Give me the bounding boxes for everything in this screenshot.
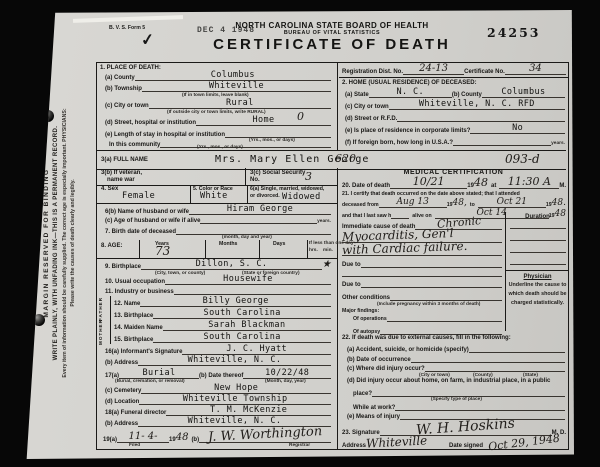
death-at-label: at [491, 183, 496, 189]
age-divider-3 [259, 240, 260, 258]
full-name-label: 3(a) FULL NAME [101, 157, 148, 163]
board-title: NORTH CAROLINA STATE BOARD OF HEALTH [182, 21, 482, 30]
father-birthplace-value: South Carolina [204, 308, 281, 318]
street-handwritten-zero: 0 [297, 110, 304, 123]
death-year-value: 48 [474, 176, 488, 189]
length-of-stay-label: (e) Length of stay in hospital or instit… [105, 132, 225, 138]
scan-edge-highlight [73, 15, 183, 23]
father-birthplace-label: 13. Birthplace [114, 313, 153, 319]
right-column: Registration Dist. No. 24-13 Certificate… [339, 63, 568, 449]
injury-home-farm-label: (d) Did injury occur about home, on farm… [347, 378, 550, 384]
death-m-label: M. [559, 183, 566, 189]
filed-date-handwritten: 11- 4- [129, 431, 158, 442]
margin-note-line2: Please write the causes of death clearly… [70, 42, 78, 444]
age-row: 8. AGE: Years 73 Months Days If less tha… [97, 240, 337, 259]
husband-name-value: Hiram George [227, 204, 293, 214]
industry-label: 11. Industry or business [105, 289, 174, 295]
funeral-director-value: T. M. McKenzie [210, 405, 287, 415]
age-min-label: min. [323, 248, 333, 253]
street-hospital-label: (d) Street, hospital or institution [105, 120, 196, 126]
duration-line-2 [510, 240, 566, 241]
certificate-serial-number: 24253 [487, 25, 541, 40]
cemetery-label: (c) Cemetery [105, 388, 141, 394]
county-label: (a) County [105, 75, 135, 81]
date-signed-label: Date signed [449, 443, 483, 449]
home-county-value: Columbus [501, 87, 545, 97]
to-year-value: 48. [552, 198, 566, 208]
certificate-no-value: 34 [529, 63, 542, 74]
sex-race-marital-row: 4. Sex Female 5. Color or Race White 6(a… [97, 185, 337, 204]
burial-type-value: Burial [142, 368, 175, 378]
husband-age-label: (c) Age of husband or wife if alive [105, 218, 200, 224]
registrar-sub-label: Registrar [289, 443, 310, 448]
checkmark-annotation: ✓ [140, 29, 155, 50]
home-title: 2. HOME (USUAL RESIDENCE) OF DECEASED: [342, 80, 477, 86]
death-time-value: 11:30 A [508, 175, 551, 188]
physician-note-box: Physician Underline the cause to which d… [506, 270, 569, 332]
mother-birthplace-value: South Carolina [204, 332, 281, 342]
binding-margin-text: MARGIN RESERVED FOR BINDING WRITE PLAINL… [43, 42, 97, 444]
in-this-community-label: In this community [109, 142, 160, 148]
mother-birthplace-label: 15. Birthplace [114, 337, 153, 343]
home-corporate-label: (e) Is place of residence in corporate l… [345, 128, 470, 134]
birthplace-value: Dillon, S. C. [196, 259, 268, 269]
age-hrs-label: hrs. [309, 248, 318, 253]
registration-row-rule [339, 77, 568, 78]
race-value: White [200, 191, 228, 201]
county-value: Columbus [211, 70, 255, 80]
column-divider-top [337, 63, 338, 150]
ss-handwritten: 3 [305, 170, 312, 183]
funeral-address-value: Whiteville, N. C. [188, 416, 282, 426]
home-county-label: (b) County [452, 92, 482, 98]
filed-b-label: (b) [191, 437, 199, 443]
accident-suicide-label: (a) Accident, suicide, or homicide (spec… [347, 347, 469, 353]
duration-line-1 [510, 228, 566, 229]
other-conditions-caption: (Include pregnancy within 3 months of de… [377, 302, 480, 307]
husband-age-years-suffix: years. [317, 219, 331, 224]
township-value: Whiteville [209, 81, 264, 91]
due-to-label-1: Due to [342, 262, 361, 268]
informant-address-value: Whiteville, N. C. [188, 355, 282, 365]
left-column: 1. PLACE OF DEATH: (a) County Columbus (… [97, 63, 337, 449]
injury-place-label: place? [353, 391, 372, 397]
death-certificate-scan: MARGIN RESERVED FOR BINDING WRITE PLAINL… [25, 10, 574, 459]
age-days-header: Days [273, 241, 285, 247]
filed-printed-19: 19 [169, 437, 176, 443]
father-side-label: FATHER [98, 297, 109, 321]
cause-handwritten-3: with Cardiac failure. [342, 239, 468, 257]
veteran-label-2: name war [107, 177, 135, 183]
certify-line-2-label: deceased from [342, 202, 379, 208]
certificate-title: CERTIFICATE OF DEATH [182, 36, 482, 53]
duration-line-4 [510, 264, 566, 265]
burial-date-label: (b) Date thereof [199, 373, 243, 379]
father-name-value: Billy George [203, 296, 269, 306]
cemetery-location-value: Whiteville Township [183, 394, 288, 404]
margin-permanent-record-line: WRITE PLAINLY, WITH UNFADING INK—THIS IS… [53, 42, 59, 444]
home-state-value: N. C. [396, 87, 424, 97]
date-of-death-label: 20. Date of death [342, 183, 390, 189]
ss-label-1: 3(c) Social Security [250, 170, 305, 176]
filed-number: 19(a) [103, 437, 117, 443]
race-marital-divider [247, 185, 248, 203]
physician-address-value: Whiteville [366, 433, 428, 450]
occupation-label: 10. Usual occupation [105, 279, 165, 285]
sex-race-divider [190, 185, 191, 203]
funeral-address-label: (b) Address [105, 421, 138, 427]
mother-side-label: MOTHER [98, 321, 109, 345]
physician-address-label: Address [342, 443, 366, 449]
other-conditions-label: Other conditions [342, 295, 390, 301]
veteran-label-1: 3(b) If veteran, [101, 170, 142, 176]
form-grid: 1. PLACE OF DEATH: (a) County Columbus (… [96, 62, 569, 450]
duration-header: Duration [506, 212, 569, 220]
home-street-label: (d) Street or R.F.D. [345, 116, 397, 122]
burial-date-value: 10/22/48 [265, 368, 309, 378]
age-divider-2 [205, 240, 206, 258]
column-divider-bottom [337, 168, 338, 449]
foreign-born-years-suffix: years. [551, 141, 565, 146]
city-or-town-label: (c) City or town [105, 103, 149, 109]
filed-year-handwritten: 48 [176, 432, 189, 443]
city-or-town-value: Rural [226, 98, 254, 108]
marital-value: Widowed [282, 192, 321, 202]
father-name-label: 12. Name [114, 301, 140, 307]
home-corporate-value: No [512, 123, 523, 133]
mother-maiden-name-value: Sarah Blackman [208, 320, 285, 330]
filed-sub-label: Filed [129, 443, 140, 448]
duration-line-3 [510, 252, 566, 253]
registrar-signature: J. W. Worthington [208, 424, 323, 445]
certificate-no-label: Certificate No. [464, 69, 505, 75]
birthplace-mark: ★ [322, 259, 331, 270]
township-label: (b) Township [105, 86, 142, 92]
age-months-header: Months [219, 241, 237, 247]
birthdate-label: 7. Birth date of deceased [105, 229, 176, 235]
external-causes-title: 22. If death was due to external causes,… [342, 335, 511, 341]
street-hospital-value: Home [252, 115, 274, 125]
foreign-born-label: (f) If foreign born, how long in U.S.A.? [345, 140, 453, 146]
marital-label-2: or divorced. [250, 193, 280, 199]
registration-dist-label: Registration Dist. No. [342, 69, 403, 75]
birthplace-label: 9. Birthplace [105, 264, 141, 270]
informant-address-label: (b) Address [105, 360, 138, 366]
death-printed-19: 19 [467, 183, 474, 189]
mother-maiden-name-label: 14. Maiden Name [114, 325, 163, 331]
due-to-label-2: Due to [342, 282, 361, 288]
cemetery-value: New Hope [214, 383, 258, 393]
from-year-value: 48, [453, 198, 467, 208]
ss-label-2: No. [250, 177, 260, 183]
home-state-label: (a) State [345, 92, 369, 98]
of-operations-label: Of operations [353, 316, 387, 322]
age-label: 8. AGE: [101, 243, 122, 249]
registration-dist-value: 24-13 [419, 63, 448, 74]
sex-label: 4. Sex [101, 186, 118, 192]
age-divider-1 [139, 240, 140, 258]
home-city-value: Whiteville, N. C. RFD [419, 99, 535, 109]
age-divider-4 [307, 240, 308, 258]
occupation-value: Housewife [223, 274, 273, 284]
veteran-ss-divider [245, 168, 246, 185]
cemetery-location-label: (d) Location [105, 399, 139, 405]
duration-physician-subcolumn: Duration Physician Underline the cause t… [505, 212, 569, 331]
age-years-value: 73 [155, 244, 170, 258]
veteran-ss-row: 3(b) If veteran, name war 3(c) Social Se… [97, 168, 337, 186]
margin-note-line1: Every item of information should be care… [62, 42, 70, 444]
margin-binding-line: MARGIN RESERVED FOR BINDING [43, 42, 50, 444]
date-of-death-value: 10/21 [413, 175, 445, 188]
due-to-extra-line-1 [342, 276, 502, 277]
physician-note-text: Underline the cause to which death shoul… [506, 280, 569, 308]
where-injury-label: (c) Where did injury occur? [347, 366, 425, 372]
attended-from-value: Aug 13 [397, 197, 429, 207]
attended-to-value: Oct 21 [497, 197, 527, 207]
home-city-label: (c) City or town [345, 104, 389, 110]
sex-value: Female [122, 191, 155, 201]
informant-signature-value: J. C. Hyatt [226, 344, 287, 354]
parents-bracket-line [110, 296, 111, 344]
